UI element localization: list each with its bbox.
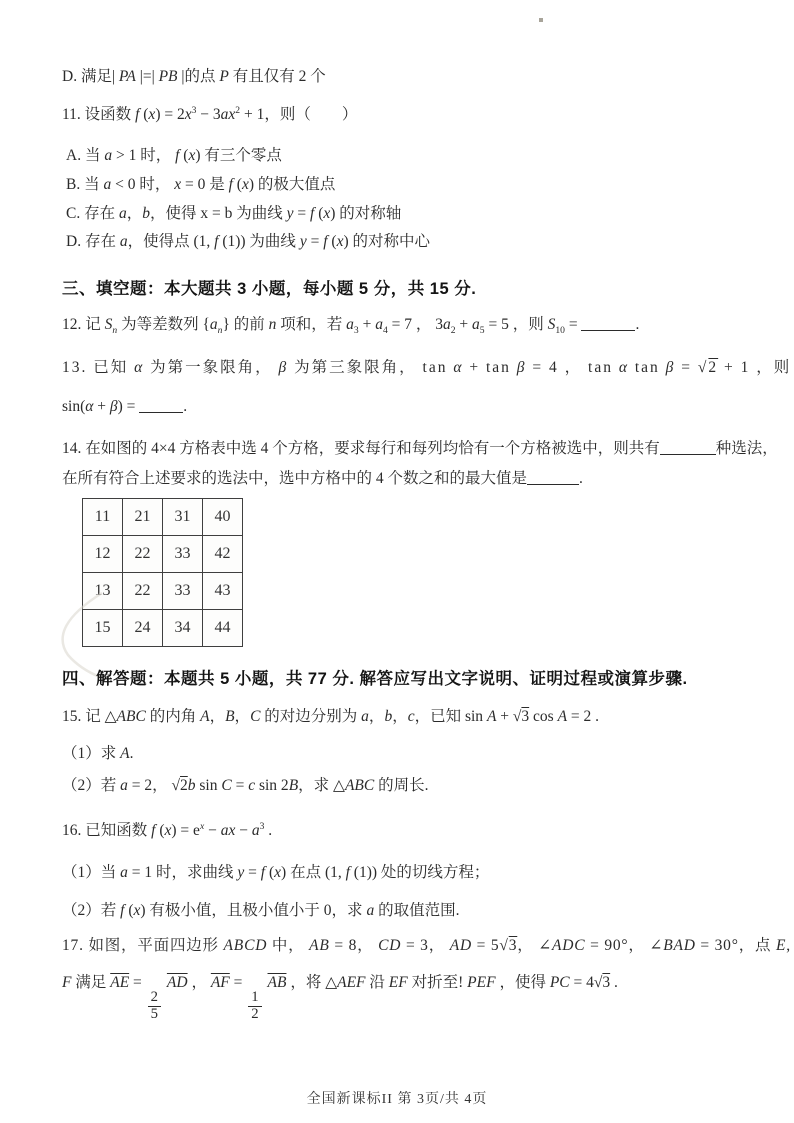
q17-stem-line-2: F 满足 AE = 25 AD ， AF = 12 AB ，将 △AEF 沿 E… (62, 972, 618, 1023)
q12-stem: 12. 记 Sn 为等差数列 {an} 的前 n 项和，若 a3 + a4 = … (62, 314, 639, 336)
q10-option-d: D. 满足| PA |=| PB |的点 P 有且仅有 2 个 (62, 66, 326, 88)
q15-stem: 15. 记 △ABC 的内角 A，B，C 的对边分别为 a，b，c，已知 sin… (62, 706, 599, 728)
q15-part-1: （1）求 A. (62, 743, 133, 765)
q11-option-c: C. 存在 a，b，使得 x = b 为曲线 y = f (x) 的对称轴 (66, 203, 401, 225)
grid-cell: 22 (123, 536, 163, 573)
grid-cell: 21 (123, 499, 163, 536)
grid-cell: 24 (123, 610, 163, 647)
grid-cell: 42 (203, 536, 243, 573)
grid-row: 13 22 33 43 (83, 573, 243, 610)
q11-stem: 11. 设函数 f (x) = 2x3 − 3ax2 + 1，则（ ） (62, 104, 357, 126)
grid-cell: 22 (123, 573, 163, 610)
q14-number-grid: 11 21 31 40 12 22 33 42 13 22 33 43 15 2… (82, 498, 243, 647)
section-3-heading: 三、填空题：本大题共 3 小题，每小题 5 分，共 15 分. (62, 278, 476, 301)
grid-row: 11 21 31 40 (83, 499, 243, 536)
q16-part-2: （2）若 f (x) 有极小值，且极小值小于 0，求 a 的取值范围. (62, 900, 459, 922)
q16-stem: 16. 已知函数 f (x) = ex − ax − a3 . (62, 820, 272, 842)
grid-cell: 44 (203, 610, 243, 647)
q15-part-2: （2）若 a = 2， √2b sin C = c sin 2B，求 △ABC … (62, 775, 429, 797)
q11-option-b: B. 当 a < 0 时， x = 0 是 f (x) 的极大值点 (66, 174, 335, 196)
scan-speck (539, 18, 543, 22)
grid-cell: 31 (163, 499, 203, 536)
q17-stem-line-1: 17. 如图，平面四边形 ABCD 中， AB = 8， CD = 3， AD … (62, 935, 791, 957)
grid-row: 12 22 33 42 (83, 536, 243, 573)
exam-paper-page: D. 满足| PA |=| PB |的点 P 有且仅有 2 个 11. 设函数 … (0, 0, 794, 1123)
grid-cell: 33 (163, 573, 203, 610)
grid-cell: 11 (83, 499, 123, 536)
grid-cell: 34 (163, 610, 203, 647)
section-4-heading: 四、解答题：本题共 5 小题，共 77 分. 解答应写出文字说明、证明过程或演算… (62, 668, 688, 691)
grid-cell: 15 (83, 610, 123, 647)
q11-option-a: A. 当 a > 1 时， f (x) 有三个零点 (66, 145, 282, 167)
q14-stem-line-1: 14. 在如图的 4×4 方格表中选 4 个方格，要求每行和每列均恰有一个方格被… (62, 438, 778, 460)
page-footer: 全国新课标II 第 3页/共 4页 (0, 1088, 794, 1108)
q11-option-d: D. 存在 a，使得点 (1, f (1)) 为曲线 y = f (x) 的对称… (66, 231, 430, 253)
grid-cell: 33 (163, 536, 203, 573)
q13-stem-line-2: sin(α + β) = . (62, 396, 187, 418)
grid-cell: 13 (83, 573, 123, 610)
grid-cell: 12 (83, 536, 123, 573)
grid-cell: 40 (203, 499, 243, 536)
grid-cell: 43 (203, 573, 243, 610)
q14-stem-line-2: 在所有符合上述要求的选法中，选中方格中的 4 个数之和的最大值是. (62, 468, 583, 490)
q13-stem-line-1: 13. 已知 α 为第一象限角， β 为第三象限角， tan α + tan β… (62, 357, 791, 379)
q16-part-1: （1）当 a = 1 时，求曲线 y = f (x) 在点 (1, f (1))… (62, 862, 489, 884)
grid-row: 15 24 34 44 (83, 610, 243, 647)
